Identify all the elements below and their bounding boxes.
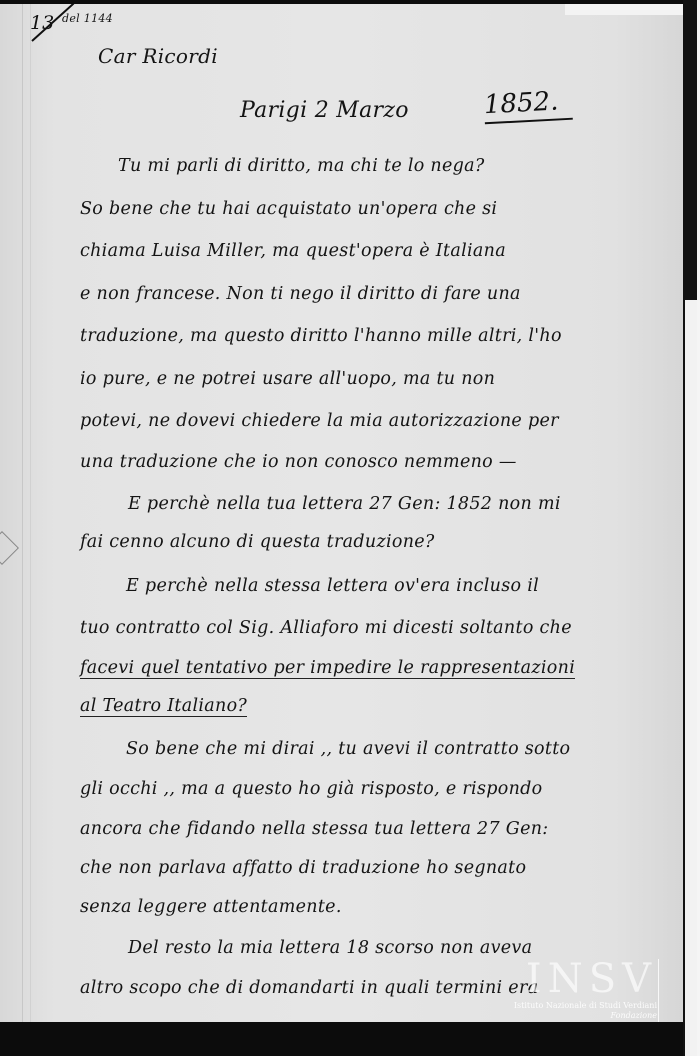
watermark-institution: Istituto Nazionale di Studi Verdiani xyxy=(512,1001,657,1011)
watermark-logo: INSV xyxy=(512,959,657,999)
letter-line: So bene che mi dirai ,, tu avevi il cont… xyxy=(126,739,570,759)
letter-line: E perchè nella stessa lettera ov'era inc… xyxy=(126,576,539,596)
fold-mark xyxy=(0,531,19,565)
letter-line: ancora che fidando nella stessa tua lett… xyxy=(80,819,549,839)
place-date: Parigi 2 Marzo xyxy=(240,98,409,123)
watermark-subtitle: Fondazione xyxy=(512,1011,657,1021)
letter-line: gli occhi ,, ma a questo ho già risposto… xyxy=(80,779,542,799)
archive-annotation: del 1144 xyxy=(62,12,113,25)
letter-line: che non parlava affatto di traduzione ho… xyxy=(80,858,526,878)
letter-line: traduzione, ma questo diritto l'hanno mi… xyxy=(80,326,562,346)
letter-line: Del resto la mia lettera 18 scorso non a… xyxy=(128,938,532,958)
letter-line: facevi quel tentativo per impedire le ra… xyxy=(80,658,575,679)
letter-line: tuo contratto col Sig. Alliaforo mi dice… xyxy=(80,618,572,638)
letter-line: potevi, ne dovevi chiedere la mia autori… xyxy=(80,411,559,431)
paper-tab xyxy=(565,4,683,15)
letter-line: chiama Luisa Miller, ma quest'opera è It… xyxy=(80,241,506,261)
letter-line: altro scopo che di domandarti in quali t… xyxy=(80,978,538,998)
watermark-divider xyxy=(658,959,659,1022)
manuscript-page: 13 del 1144 Car Ricordi Parigi 2 Marzo 1… xyxy=(0,4,684,1022)
letter-line: e non francese. Non ti nego il diritto d… xyxy=(80,284,521,304)
letter-line: senza leggere attentamente. xyxy=(80,897,342,917)
letter-line: So bene che tu hai acquistato un'opera c… xyxy=(80,199,497,219)
year: 1852. xyxy=(483,86,573,125)
salutation: Car Ricordi xyxy=(98,44,218,68)
letter-line: al Teatro Italiano? xyxy=(80,696,247,717)
letter-line: una traduzione che io non conosco nemmen… xyxy=(80,452,517,472)
letter-line: fai cenno alcuno di questa traduzione? xyxy=(80,532,435,552)
letter-line: E perchè nella tua lettera 27 Gen: 1852 … xyxy=(128,494,561,514)
watermark: INSV Istituto Nazionale di Studi Verdian… xyxy=(512,959,657,1022)
letter-line: Tu mi parli di diritto, ma chi te lo neg… xyxy=(118,156,485,176)
letter-line: io pure, e ne potrei usare all'uopo, ma … xyxy=(80,369,495,389)
